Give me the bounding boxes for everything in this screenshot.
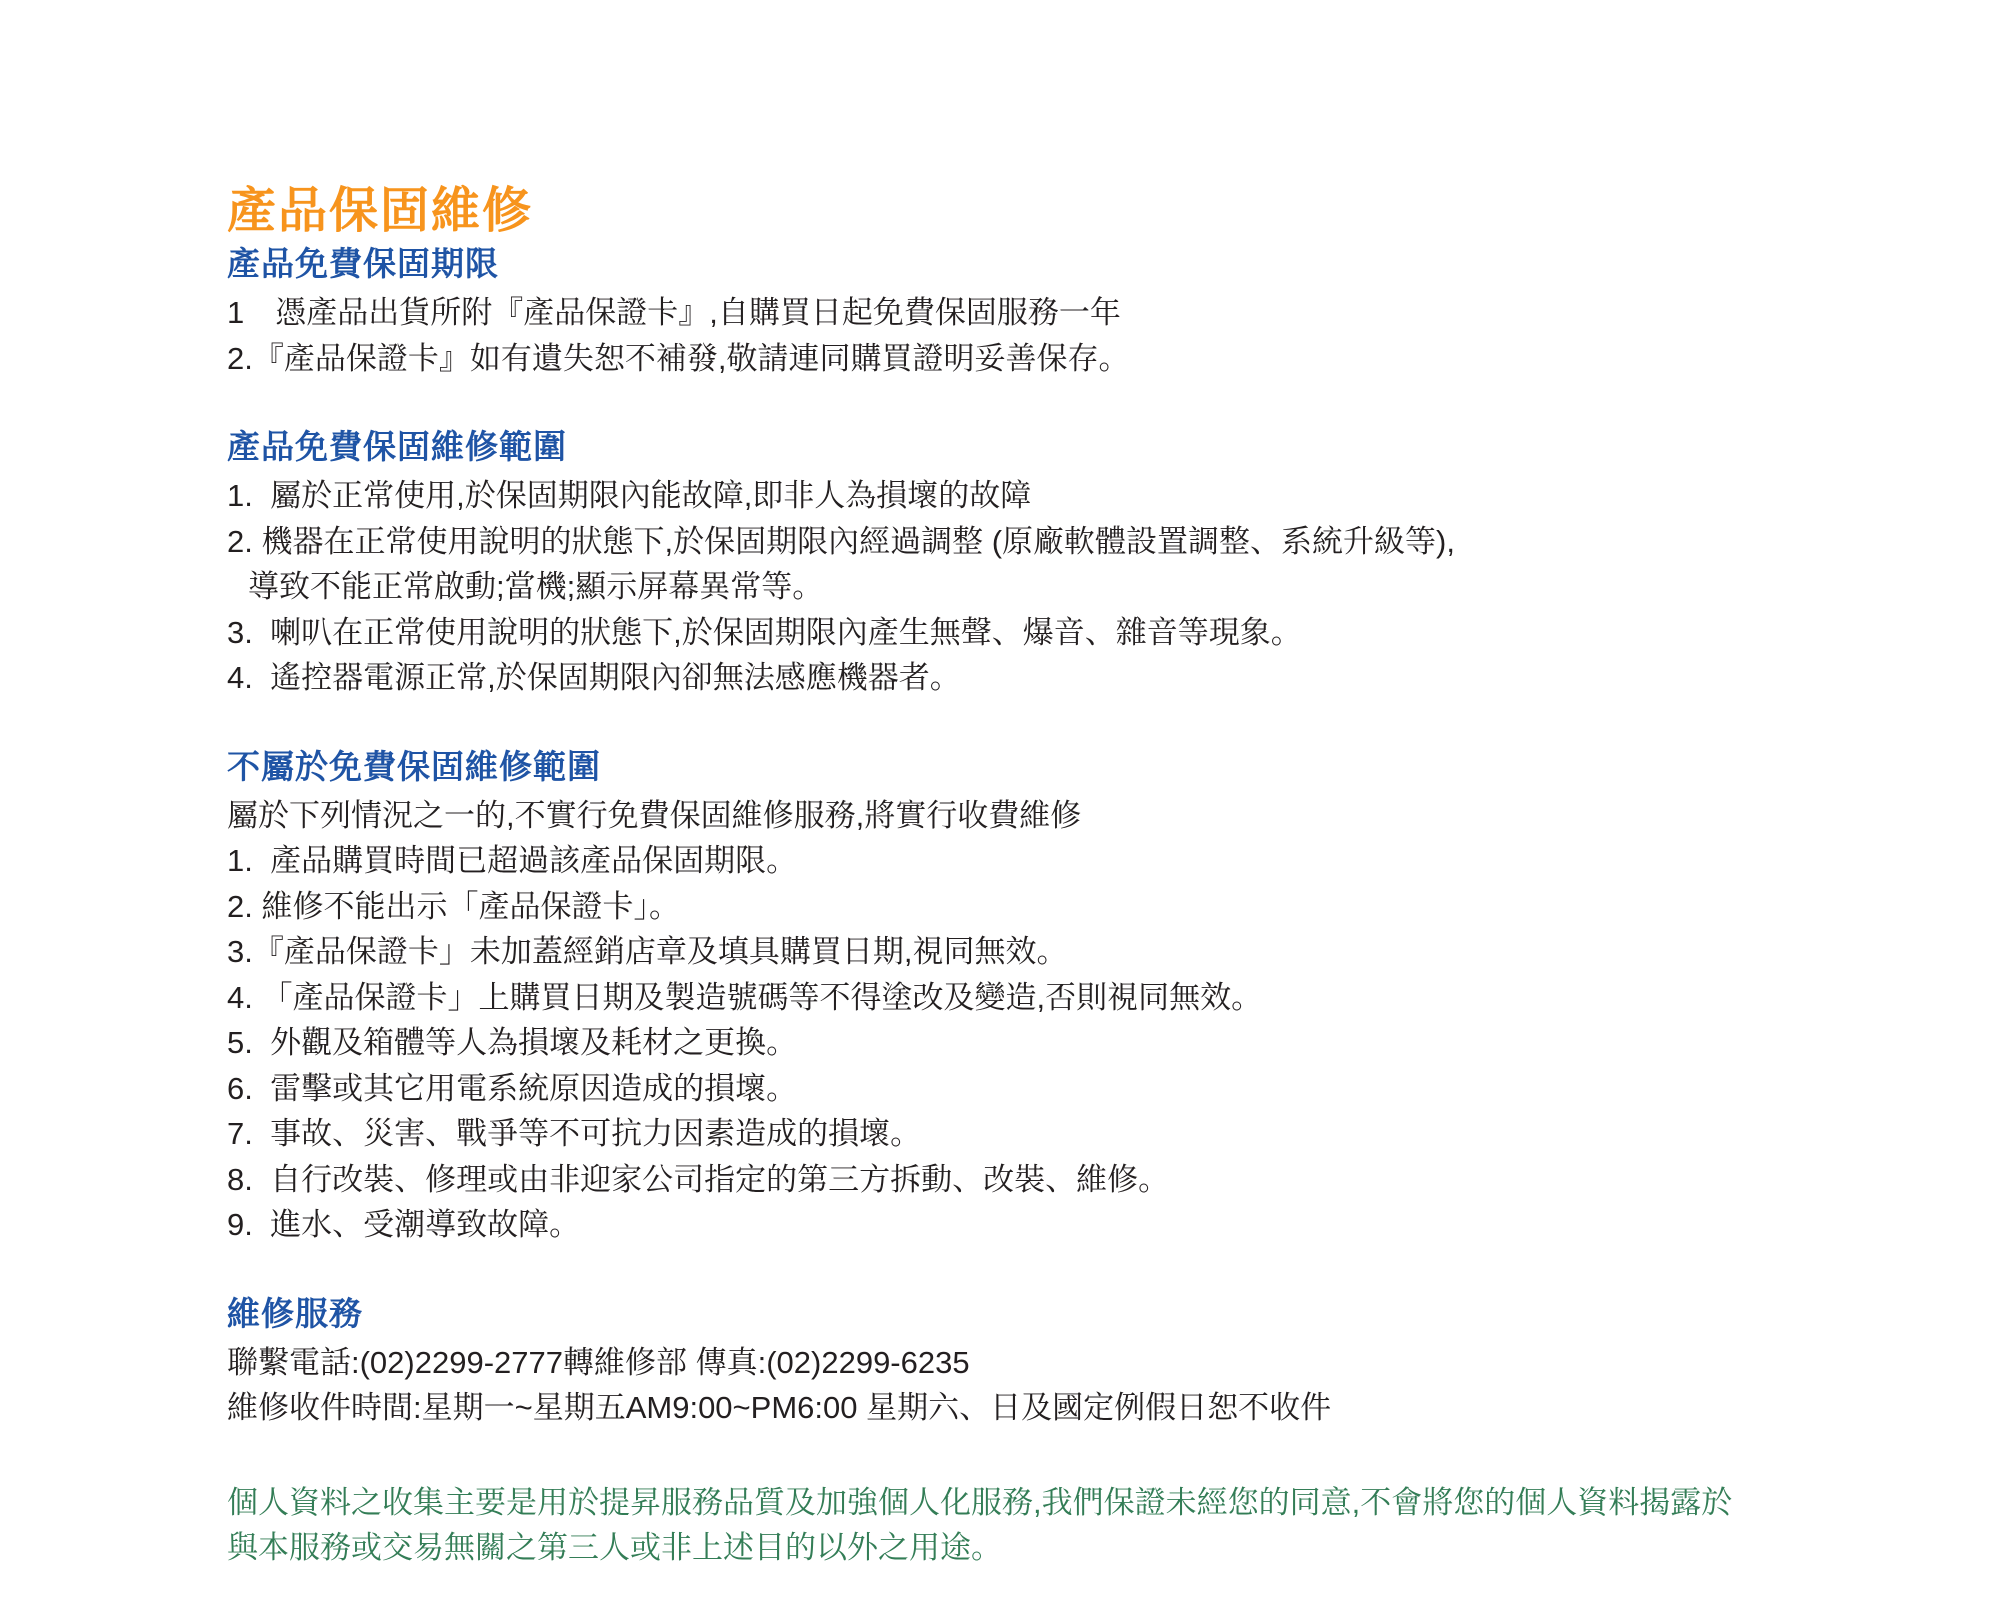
section-heading-free-warranty-period: 產品免費保固期限 [227,245,1840,282]
privacy-line: 個人資料之收集主要是用於提昇服務品質及加強個人化服務,我們保證未經您的同意,不會… [227,1480,1840,1526]
section-free-repair-scope: 產品免費保固維修範圍 1. 屬於正常使用,於保固期限內能故障,即非人為損壞的故障… [227,428,1840,701]
list-item: 3.『產品保證卡」未加蓋經銷店章及填具購買日期,視同無效。 [227,929,1840,975]
list-item: 8. 自行改裝、修理或由非迎家公司指定的第三方拆動、改裝、維修。 [227,1157,1840,1203]
list-item: 7. 事故、災害、戰爭等不可抗力因素造成的損壞。 [227,1111,1840,1157]
section-heading-free-repair-scope: 產品免費保固維修範圍 [227,428,1840,465]
section-heading-repair-service: 維修服務 [227,1295,1840,1332]
list-item: 5. 外觀及箱體等人為損壞及耗材之更換。 [227,1020,1840,1066]
list-item: 1 憑產品出貨所附『產品保證卡』,自購買日起免費保固服務一年 [227,290,1840,336]
list-item: 9. 進水、受潮導致故障。 [227,1202,1840,1248]
list-item: 2. 機器在正常使用說明的狀態下,於保固期限內經過調整 (原廠軟體設置調整、系統… [227,519,1840,565]
list-item: 1. 屬於正常使用,於保固期限內能故障,即非人為損壞的故障 [227,473,1840,519]
list-item-continuation: 導致不能正常啟動;當機;顯示屏幕異常等。 [227,564,1840,610]
list-item: 3. 喇叭在正常使用說明的狀態下,於保固期限內產生無聲、爆音、雜音等現象。 [227,610,1840,656]
list-item: 1. 產品購買時間已超過該產品保固期限。 [227,838,1840,884]
list-item: 2.『產品保證卡』如有遺失恕不補發,敬請連同購買證明妥善保存。 [227,336,1840,382]
list-item: 4. 「產品保證卡」上購買日期及製造號碼等不得塗改及變造,否則視同無效。 [227,975,1840,1021]
list-item: 6. 雷擊或其它用電系統原因造成的損壞。 [227,1066,1840,1112]
list-item: 2. 維修不能出示「產品保證卡」。 [227,884,1840,930]
privacy-note: 個人資料之收集主要是用於提昇服務品質及加強個人化服務,我們保證未經您的同意,不會… [227,1480,1840,1571]
list-item: 4. 遙控器電源正常,於保固期限內卻無法感應機器者。 [227,655,1840,701]
section-not-covered: 不屬於免費保固維修範圍 屬於下列情況之一的,不實行免費保固維修服務,將實行收費維… [227,748,1840,1248]
section-repair-service: 維修服務 聯繫電話:(02)2299-2777轉維修部 傳真:(02)2299-… [227,1295,1840,1431]
page-title: 產品保固維修 [227,186,1840,236]
section-free-warranty-period: 產品免費保固期限 1 憑產品出貨所附『產品保證卡』,自購買日起免費保固服務一年 … [227,245,1840,381]
section-intro: 屬於下列情況之一的,不實行免費保固維修服務,將實行收費維修 [227,793,1840,839]
service-hours-line: 維修收件時間:星期一~星期五AM9:00~PM6:00 星期六、日及國定例假日恕… [227,1385,1840,1431]
warranty-document-page: 產品保固維修 產品免費保固期限 1 憑產品出貨所附『產品保證卡』,自購買日起免費… [0,0,2000,1615]
privacy-line: 與本服務或交易無關之第三人或非上述目的以外之用途。 [227,1525,1840,1571]
contact-phone-line: 聯繫電話:(02)2299-2777轉維修部 傳真:(02)2299-6235 [227,1340,1840,1386]
section-heading-not-covered: 不屬於免費保固維修範圍 [227,748,1840,785]
